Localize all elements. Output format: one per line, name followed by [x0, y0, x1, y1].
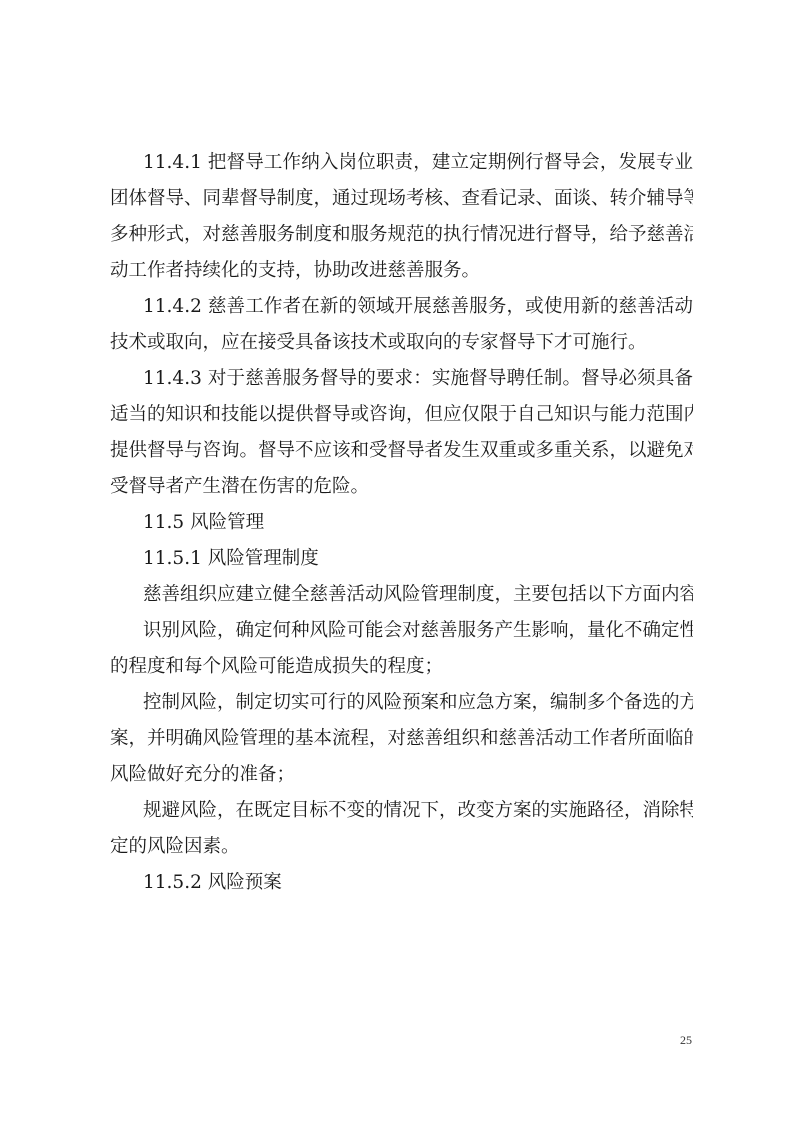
heading-11-5-1: 11.5.1 风险管理制度 [110, 541, 693, 577]
text-line: 定的风险因素。 [110, 829, 693, 865]
page-number: 25 [680, 1033, 692, 1048]
text-line: 提供督导与咨询。督导不应该和受督导者发生双重或多重关系，以避免对 [110, 433, 693, 469]
document-body: 11.4.1 把督导工作纳入岗位职责，建立定期例行督导会，发展专业 团体督导、同… [110, 145, 693, 901]
text-line: 慈善组织应建立健全慈善活动风险管理制度，主要包括以下方面内容： [110, 577, 693, 613]
paragraph-control-risk: 控制风险，制定切实可行的风险预案和应急方案，编制多个备选的方 案，并明确风险管理… [110, 685, 693, 793]
subsection-heading: 11.5.1 风险管理制度 [110, 541, 693, 577]
text-line: 风险做好充分的准备； [110, 757, 693, 793]
section-heading: 11.5 风险管理 [110, 505, 693, 541]
text-line: 控制风险，制定切实可行的风险预案和应急方案，编制多个备选的方 [110, 685, 693, 721]
paragraph-identify-risk: 识别风险，确定何种风险可能会对慈善服务产生影响，量化不确定性 的程度和每个风险可… [110, 613, 693, 685]
text-line: 案，并明确风险管理的基本流程，对慈善组织和慈善活动工作者所面临的 [110, 721, 693, 757]
subsection-heading: 11.5.2 风险预案 [110, 865, 693, 901]
text-line: 多种形式，对慈善服务制度和服务规范的执行情况进行督导，给予慈善活 [110, 217, 693, 253]
text-line: 11.4.3 对于慈善服务督导的要求：实施督导聘任制。督导必须具备 [110, 361, 693, 397]
text-line: 技术或取向，应在接受具备该技术或取向的专家督导下才可施行。 [110, 325, 693, 361]
text-line: 团体督导、同辈督导制度，通过现场考核、查看记录、面谈、转介辅导等 [110, 181, 693, 217]
paragraph-avoid-risk: 规避风险，在既定目标不变的情况下，改变方案的实施路径，消除特 定的风险因素。 [110, 793, 693, 865]
paragraph-11-4-2: 11.4.2 慈善工作者在新的领域开展慈善服务，或使用新的慈善活动 技术或取向，… [110, 289, 693, 361]
text-line: 11.4.2 慈善工作者在新的领域开展慈善服务，或使用新的慈善活动 [110, 289, 693, 325]
text-line: 动工作者持续化的支持，协助改进慈善服务。 [110, 253, 693, 289]
text-line: 规避风险，在既定目标不变的情况下，改变方案的实施路径，消除特 [110, 793, 693, 829]
heading-11-5: 11.5 风险管理 [110, 505, 693, 541]
text-line: 受督导者产生潜在伤害的危险。 [110, 469, 693, 505]
text-line: 11.4.1 把督导工作纳入岗位职责，建立定期例行督导会，发展专业 [110, 145, 693, 181]
paragraph-11-4-1: 11.4.1 把督导工作纳入岗位职责，建立定期例行督导会，发展专业 团体督导、同… [110, 145, 693, 289]
paragraph-11-4-3: 11.4.3 对于慈善服务督导的要求：实施督导聘任制。督导必须具备 适当的知识和… [110, 361, 693, 505]
text-line: 的程度和每个风险可能造成损失的程度； [110, 649, 693, 685]
text-line: 适当的知识和技能以提供督导或咨询，但应仅限于自己知识与能力范围内 [110, 397, 693, 433]
text-line: 识别风险，确定何种风险可能会对慈善服务产生影响，量化不确定性 [110, 613, 693, 649]
paragraph-risk-intro: 慈善组织应建立健全慈善活动风险管理制度，主要包括以下方面内容： [110, 577, 693, 613]
heading-11-5-2: 11.5.2 风险预案 [110, 865, 693, 901]
